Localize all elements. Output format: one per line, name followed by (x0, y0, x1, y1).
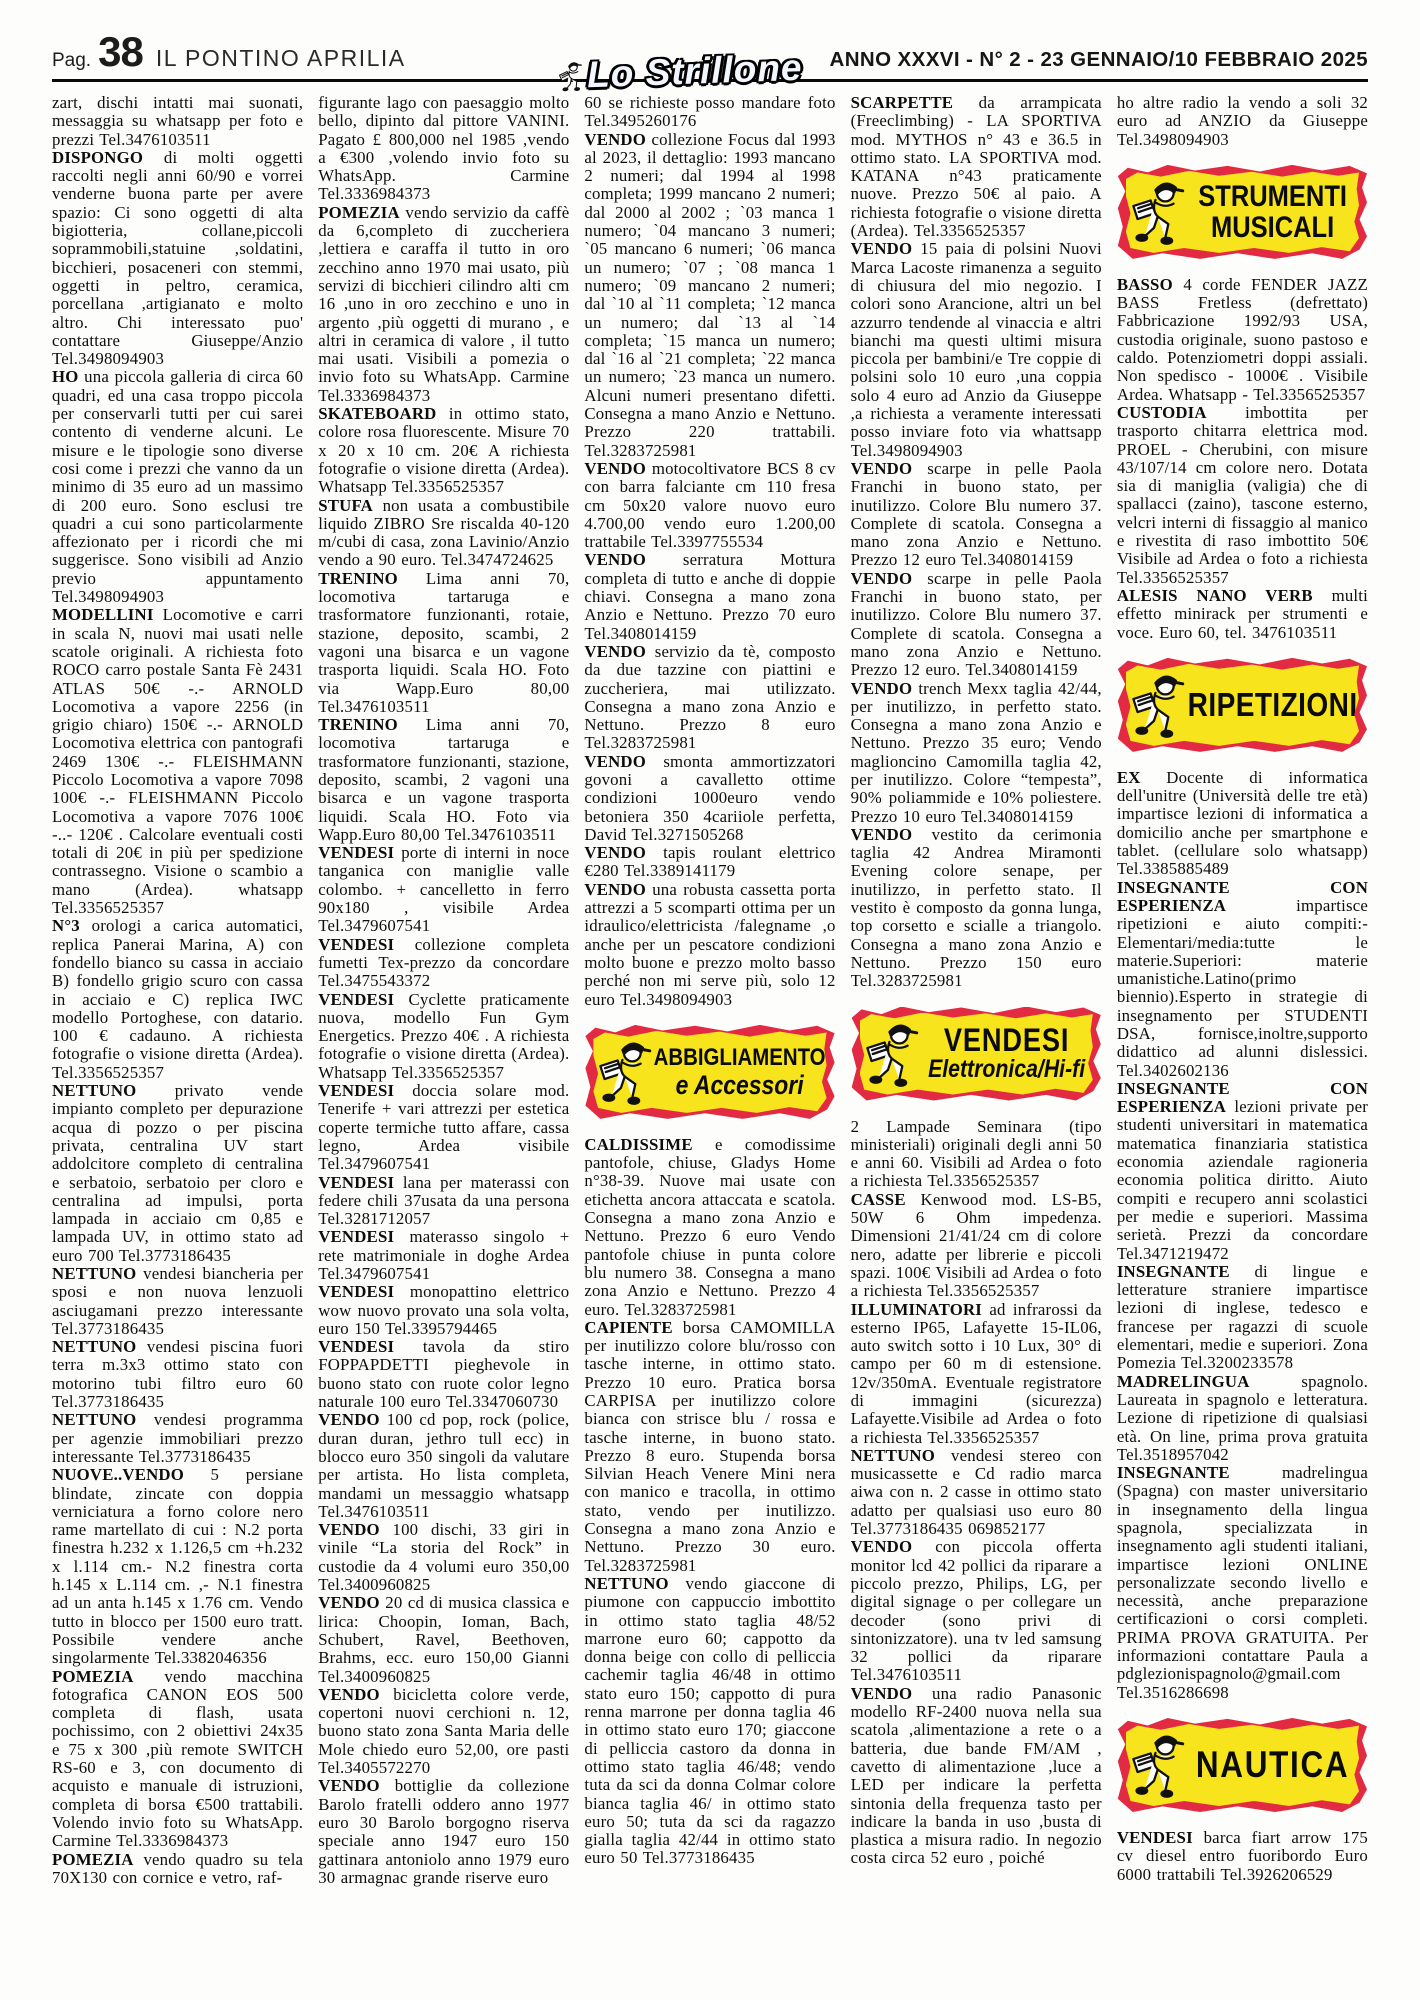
ad-lead: CASSE (851, 1190, 906, 1209)
classified-ad: VENDESI lana per materassi con federe ch… (318, 1174, 569, 1229)
classified-ad: ho altre radio la vendo a soli 32 euro a… (1117, 94, 1368, 149)
section-title-line1: ABBIGLIAMENTO (654, 1045, 826, 1071)
ad-lead: VENDESI (318, 1227, 394, 1246)
ad-lead: INSEGNANTE (1117, 1262, 1230, 1281)
classified-ad: VENDO collezione Focus dal 1993 al 2023,… (584, 131, 835, 460)
classified-ad: POMEZIA vendo macchina fotografica CANON… (52, 1668, 303, 1851)
classified-ad: NETTUNO vendesi stereo con musicassette … (851, 1447, 1102, 1538)
classified-ad: TRENINO Lima anni 70, locomotiva tartaru… (318, 716, 569, 844)
ad-lead: POMEZIA (52, 1850, 134, 1869)
ad-lead: MADRELINGUA (1117, 1372, 1250, 1391)
section-header-inner: RIPETIZIONI (1126, 664, 1359, 746)
classified-ad: ILLUMINATORI ad infrarossi da esterno IP… (851, 1301, 1102, 1447)
classified-ad: VENDO smonta ammortizzatori govoni a cav… (584, 753, 835, 844)
section-header-inner: STRUMENTIMUSICALI (1126, 171, 1359, 253)
section-header-strumenti-musicali: STRUMENTIMUSICALI (1118, 165, 1367, 259)
classified-ad: INSEGNANTE CON ESPERIENZA impartisce rip… (1117, 879, 1368, 1080)
newspaper-page: Pag. 38 IL PONTINO APRILIA Lo Strillone … (0, 0, 1420, 2000)
newsboy-icon (1132, 1730, 1188, 1800)
ad-lead: POMEZIA (318, 203, 400, 222)
classified-ad: VENDESI materasso singolo + rete matrimo… (318, 1228, 569, 1283)
classified-ad: VENDO scarpe in pelle Paola Franchi in b… (851, 570, 1102, 680)
classified-ad: NETTUNO vendesi piscina fuori terra m.3x… (52, 1338, 303, 1411)
ad-lead: NETTUNO (851, 1446, 935, 1465)
ad-lead: VENDESI (318, 990, 394, 1009)
ad-lead: ALESIS NANO VERB (1117, 586, 1313, 605)
classified-ad: EX Docente di informatica dell'unitre (U… (1117, 769, 1368, 879)
masthead-logo: Lo Strillone (558, 47, 803, 97)
classified-ad: INSEGNANTE CON ESPERIENZA lezioni privat… (1117, 1080, 1368, 1263)
classified-ad: TRENINO Lima anni 70, locomotiva tartaru… (318, 570, 569, 716)
column-4: SCARPETTE da arrampicata (Freeclimbing) … (851, 94, 1102, 1944)
classified-ad: BASSO 4 corde FENDER JAZZ BASS Fretless … (1117, 276, 1368, 404)
section-header-vendesi-elettronica: VENDESIElettronica/Hi-fi (852, 1007, 1101, 1101)
classified-ad: DISPONGO di molti oggetti raccolti negli… (52, 149, 303, 369)
section-header-ripetizioni: RIPETIZIONI (1118, 658, 1367, 752)
classified-ad: NUOVE..VENDO 5 persiane blindate, zincat… (52, 1466, 303, 1667)
ad-lead: INSEGNANTE CON ESPERIENZA (1117, 878, 1368, 915)
header-left: Pag. 38 IL PONTINO APRILIA (52, 35, 406, 72)
newsboy-icon (866, 1019, 922, 1089)
ad-lead: SKATEBOARD (318, 404, 436, 423)
ad-lead: VENDESI (318, 1081, 394, 1100)
ad-lead: NUOVE..VENDO (52, 1465, 184, 1484)
section-title-line2: e Accessori (676, 1071, 804, 1099)
column-2: figurante lago con paesaggio molto bello… (318, 94, 569, 1944)
classified-ad: VENDO 100 cd pop, rock (police, duran du… (318, 1411, 569, 1521)
ad-lead: NETTUNO (52, 1337, 136, 1356)
ad-lead: VENDESI (1117, 1828, 1193, 1847)
ad-lead: VENDO (584, 880, 646, 899)
section-title: VENDESIElettronica/Hi-fi (938, 1024, 1075, 1083)
section-header-nautica: NAUTICA (1118, 1718, 1367, 1812)
ad-lead: NETTUNO (52, 1081, 136, 1100)
masthead-logo-text: Lo Strillone (586, 47, 803, 96)
ad-lead: VENDESI (318, 1173, 394, 1192)
classified-ad: VENDO con piccola offerta monitor lcd 42… (851, 1538, 1102, 1684)
classified-ad: NETTUNO vendesi programma per agenzie im… (52, 1411, 303, 1466)
columns-container: zart, dischi intatti mai suonati, messag… (52, 94, 1368, 1944)
ad-lead: SCARPETTE (851, 94, 954, 112)
classified-ad: VENDESI barca fiart arrow 175 cv diesel … (1117, 1829, 1368, 1884)
classified-ad: CAPIENTE borsa CAMOMILLA per inutilizzo … (584, 1319, 835, 1575)
classified-ad: NETTUNO vendo giaccone di piumone con ca… (584, 1575, 835, 1868)
classified-ad: VENDESI porte di interni in noce tangani… (318, 844, 569, 935)
page-header: Pag. 38 IL PONTINO APRILIA Lo Strillone … (52, 14, 1368, 82)
classified-ad: figurante lago con paesaggio molto bello… (318, 94, 569, 204)
section-title: NAUTICA (1204, 1746, 1341, 1783)
classified-ad: 60 se richieste posso mandare foto Tel.3… (584, 94, 835, 131)
ad-lead: CALDISSIME (584, 1135, 692, 1154)
ad-lead: N°3 (52, 916, 80, 935)
page-label: Pag. (52, 50, 91, 72)
classified-ad: CALDISSIME e comodissime pantofole, chiu… (584, 1136, 835, 1319)
section-title-line1: VENDESI (944, 1024, 1069, 1056)
classified-ad: HO una piccola galleria di circa 60 quad… (52, 368, 303, 606)
column-5: ho altre radio la vendo a soli 32 euro a… (1117, 94, 1368, 1944)
ad-lead: MODELLINI (52, 605, 154, 624)
classified-ad: VENDO 100 dischi, 33 giri in vinile “La … (318, 1521, 569, 1594)
classified-ad: MODELLINI Locomotive e carri in scala N,… (52, 606, 303, 917)
ad-lead: CUSTODIA (1117, 403, 1207, 422)
ad-lead: EX (1117, 768, 1141, 787)
ad-lead: VENDESI (318, 1337, 394, 1356)
ad-lead: VENDESI (318, 935, 394, 954)
ad-lead: NETTUNO (584, 1574, 668, 1593)
ad-lead: POMEZIA (52, 1667, 134, 1686)
newsboy-icon (559, 59, 586, 93)
ad-lead: INSEGNANTE (1117, 1463, 1230, 1482)
classified-ad: VENDO una radio Panasonic modello RF-240… (851, 1685, 1102, 1868)
edition-info: ANNO XXXVI - N° 2 - 23 GENNAIO/10 FEBBRA… (830, 48, 1369, 72)
classified-ad: NETTUNO privato vende impianto completo … (52, 1082, 303, 1265)
classified-ad: VENDO una robusta cassetta porta attrezz… (584, 881, 835, 1009)
classified-ad: VENDO bicicletta colore verde, copertoni… (318, 1686, 569, 1777)
ad-lead: VENDESI (318, 1282, 394, 1301)
ad-lead: VENDO (584, 459, 646, 478)
ad-lead: HO (52, 367, 79, 386)
section-header-inner: NAUTICA (1126, 1724, 1359, 1806)
ad-lead: TRENINO (318, 715, 398, 734)
section-title-line1: NAUTICA (1196, 1746, 1349, 1783)
section-title: STRUMENTIMUSICALI (1204, 181, 1341, 243)
classified-ad: ALESIS NANO VERB multi effetto minirack … (1117, 587, 1368, 642)
ad-lead: STUFA (318, 496, 373, 515)
ad-lead: VENDO (584, 843, 646, 862)
section-title-line2: MUSICALI (1211, 212, 1334, 243)
classified-ad: VENDO tapis roulant elettrico €280 Tel.3… (584, 844, 835, 881)
classified-ad: VENDO trench Mexx taglia 42/44, per inut… (851, 680, 1102, 826)
section-title-line1: RIPETIZIONI (1187, 688, 1357, 721)
ad-lead: VENDO (584, 130, 646, 149)
ad-lead: TRENINO (318, 569, 398, 588)
newsboy-icon (1132, 670, 1188, 740)
classified-ad: POMEZIA vendo servizio da caffè da 6,com… (318, 204, 569, 405)
ad-lead: NETTUNO (52, 1264, 136, 1283)
classified-ad: VENDESI Cyclette praticamente nuova, mod… (318, 991, 569, 1082)
classified-ad: VENDO motocoltivatore BCS 8 cv con barra… (584, 460, 835, 551)
classified-ad: VENDO scarpe in pelle Paola Franchi in b… (851, 460, 1102, 570)
classified-ad: INSEGNANTE madrelingua (Spagna) con mast… (1117, 1464, 1368, 1702)
section-title: RIPETIZIONI (1204, 688, 1341, 721)
ad-lead: VENDO (584, 752, 646, 771)
ad-lead: CAPIENTE (584, 1318, 672, 1337)
classified-ad: NETTUNO vendesi biancheria per sposi e n… (52, 1265, 303, 1338)
classified-ad: SCARPETTE da arrampicata (Freeclimbing) … (851, 94, 1102, 240)
classified-ad: N°3 orologi a carica automatici, replica… (52, 917, 303, 1082)
classified-ad: VENDO 15 paia di polsini Nuovi Marca Lac… (851, 240, 1102, 460)
ad-lead: VENDO (318, 1685, 380, 1704)
ad-lead: VENDO (851, 239, 913, 258)
ad-lead: VENDO (318, 1776, 380, 1795)
classified-ad: 2 Lampade Seminara (tipo ministeriali) o… (851, 1118, 1102, 1191)
classified-ad: VENDESI tavola da stiro FOPPAPDETTI pieg… (318, 1338, 569, 1411)
ad-lead: VENDESI (318, 843, 394, 862)
ad-lead: DISPONGO (52, 148, 143, 167)
ad-lead: VENDO (584, 550, 646, 569)
ad-lead: VENDO (851, 825, 913, 844)
ad-lead: VENDO (318, 1410, 380, 1429)
classified-ad: INSEGNANTE di lingue e letterature stran… (1117, 1263, 1368, 1373)
section-title-line2: Elettronica/Hi-fi (928, 1056, 1085, 1083)
ad-lead: NETTUNO (52, 1410, 136, 1429)
ad-lead: VENDO (851, 569, 913, 588)
ad-lead: ILLUMINATORI (851, 1300, 982, 1319)
ad-lead: VENDO (851, 1537, 913, 1556)
ad-lead: VENDO (318, 1593, 380, 1612)
column-3: 60 se richieste posso mandare foto Tel.3… (584, 94, 835, 1944)
newsboy-icon (599, 1037, 655, 1107)
section-header-inner: ABBIGLIAMENTOe Accessori (593, 1031, 826, 1113)
classified-ad: VENDO serratura Mottura completa di tutt… (584, 551, 835, 642)
classified-ad: CUSTODIA imbottita per trasporto chitarr… (1117, 404, 1368, 587)
section-header-abbigliamento: ABBIGLIAMENTOe Accessori (585, 1025, 834, 1119)
column-1: zart, dischi intatti mai suonati, messag… (52, 94, 303, 1944)
classified-ad: SKATEBOARD in ottimo stato, colore rosa … (318, 405, 569, 496)
ad-lead: VENDO (584, 642, 646, 661)
classified-ad: VENDESI doccia solare mod. Tenerife + va… (318, 1082, 569, 1173)
ad-lead: VENDO (318, 1520, 380, 1539)
ad-lead: VENDO (851, 679, 913, 698)
publication-name: IL PONTINO APRILIA (156, 45, 406, 72)
ad-lead: BASSO (1117, 275, 1173, 294)
page-number: 38 (98, 35, 143, 69)
ad-lead: INSEGNANTE CON ESPERIENZA (1117, 1079, 1368, 1116)
classified-ad: VENDO 20 cd di musica classica e lirica:… (318, 1594, 569, 1685)
newsboy-icon (1132, 177, 1188, 247)
section-title: ABBIGLIAMENTOe Accessori (671, 1045, 808, 1099)
classified-ad: VENDO servizio da tè, composto da due ta… (584, 643, 835, 753)
ad-lead: VENDO (851, 459, 913, 478)
classified-ad: STUFA non usata a combustibile liquido Z… (318, 497, 569, 570)
classified-ad: CASSE Kenwood mod. LS-B5, 50W 6 Ohm impe… (851, 1191, 1102, 1301)
classified-ad: VENDESI collezione completa fumetti Tex-… (318, 936, 569, 991)
classified-ad: VENDO bottiglie da collezione Barolo fra… (318, 1777, 569, 1887)
section-header-inner: VENDESIElettronica/Hi-fi (860, 1013, 1093, 1095)
section-title-line1: STRUMENTI (1198, 181, 1347, 212)
classified-ad: VENDESI monopattino elettrico wow nuovo … (318, 1283, 569, 1338)
classified-ad: MADRELINGUA spagnolo. Laureata in spagno… (1117, 1373, 1368, 1464)
classified-ad: VENDO vestito da cerimonia taglia 42 And… (851, 826, 1102, 991)
ad-lead: VENDO (851, 1684, 913, 1703)
classified-ad: POMEZIA vendo quadro su tela 70X130 con … (52, 1851, 303, 1888)
classified-ad: zart, dischi intatti mai suonati, messag… (52, 94, 303, 149)
